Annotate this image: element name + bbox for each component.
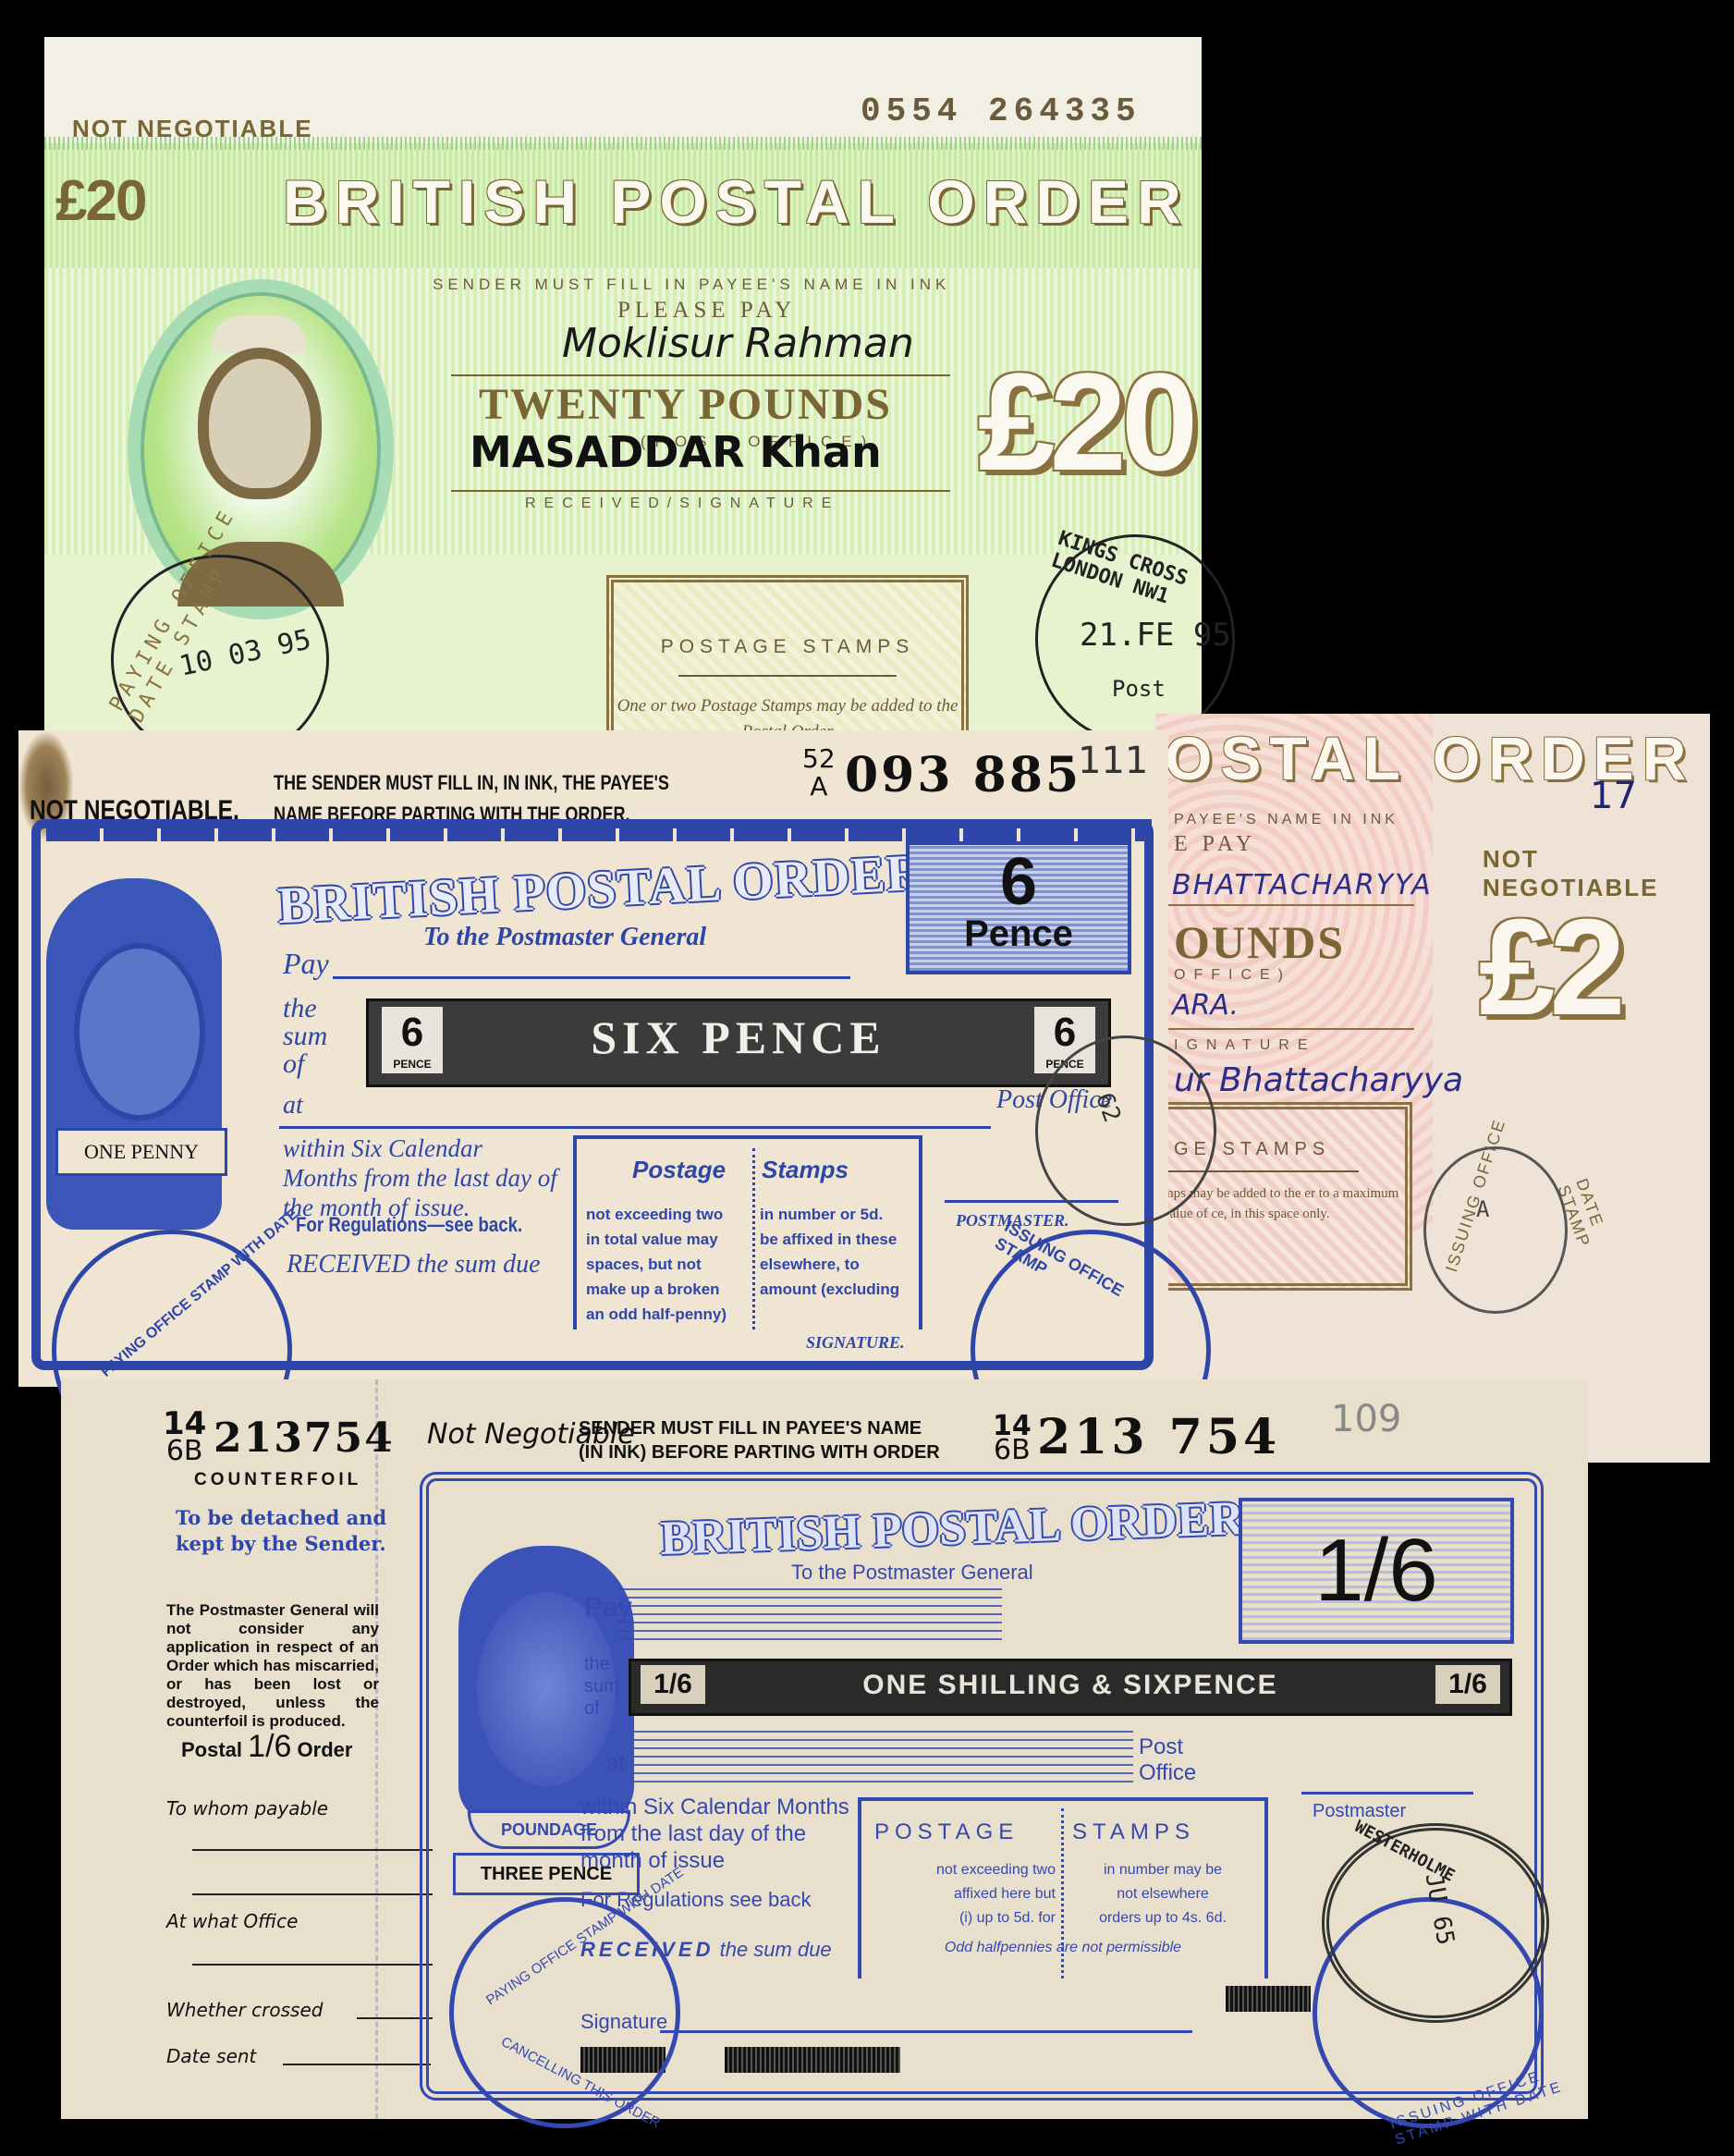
counterfoil-heading: COUNTERFOIL — [194, 1470, 361, 1490]
instruction-line: (IN INK) BEFORE PARTING WITH ORDER — [579, 1440, 940, 1464]
order-title: BRITISH POSTAL ORDER — [283, 166, 1190, 237]
amount-words: ONE SHILLING & SIXPENCE — [742, 1665, 1398, 1706]
amount-side-unit: PENCE — [382, 1059, 443, 1070]
office-line — [1155, 1028, 1414, 1030]
office-handwritten: ARA. — [1172, 989, 1239, 1022]
postage-line: an odd half-penny) — [586, 1302, 749, 1327]
value-large: £20 — [978, 342, 1192, 502]
at-post-office-partial: OFFICE) — [1174, 967, 1291, 984]
sum-label-word: the — [283, 995, 327, 1023]
postage-stamps-box: POSTAGE STAMPS not exceeding two affixed… — [858, 1797, 1268, 1978]
amount-side-value: 6 — [1054, 1010, 1076, 1055]
stamps-heading: Stamps — [762, 1156, 849, 1184]
amount-words-partial: OUNDS — [1174, 915, 1345, 969]
king-emblem — [46, 878, 222, 1230]
value-large: £2 — [1479, 889, 1620, 1047]
pay-wave-field[interactable] — [617, 1586, 1002, 1640]
instruction-line: SENDER MUST FILL IN PAYEE'S NAME — [579, 1416, 940, 1440]
postmark: 62 — [1035, 1035, 1216, 1226]
postmaster-line — [1301, 1792, 1473, 1795]
postage-line: (i) up to 5d. for — [867, 1906, 1056, 1930]
postage-line: not exceeding two — [867, 1858, 1056, 1882]
postage-line: orders up to 4s. 6d. — [1068, 1906, 1257, 1930]
postage-line: spaces, but not — [586, 1252, 749, 1277]
postage-line: be affixed in these — [760, 1227, 911, 1252]
received-signature-label: RECEIVED/SIGNATURE — [525, 496, 839, 512]
handwritten-note: 17 — [1590, 775, 1637, 817]
payee-handwritten: Moklisur Rahman — [562, 320, 914, 367]
serial-prefix-bottom: 6B — [166, 1435, 203, 1467]
field-line[interactable] — [192, 1964, 433, 1966]
received-handwritten: MASADDAR Khan — [470, 427, 882, 477]
postal-value-line: Postal 1/6 Order — [181, 1729, 352, 1765]
order-subtitle: To the Postmaster General — [791, 1561, 1033, 1585]
pay-line — [333, 976, 850, 979]
field-line[interactable] — [192, 1893, 433, 1895]
paying-office-stamp-circle — [449, 1897, 680, 2128]
postmark-code: A — [1476, 1195, 1489, 1223]
serial-prefix-bottom: A — [802, 773, 836, 801]
amount-side-left: 6PENCE — [382, 1007, 443, 1073]
postmark-date: 62 — [1090, 1089, 1126, 1126]
dotted-divider — [752, 1148, 755, 1329]
sum-label-word: of — [283, 1050, 327, 1078]
detach-note-line: kept by the Sender. — [176, 1531, 386, 1557]
postal-value: 1/6 — [248, 1729, 291, 1764]
postage-line: not exceeding two — [586, 1202, 749, 1227]
postmark-date: JU 65 — [1420, 1871, 1459, 1947]
postmark-westerholme: WESTERHOLME JU 65 — [1322, 1823, 1549, 2023]
stamps-heading: STAMPS — [1072, 1819, 1195, 1845]
postage-line: in number may be — [1068, 1858, 1257, 1882]
amount-bar: 1/6 ONE SHILLING & SIXPENCE 1/6 — [629, 1659, 1512, 1716]
please-pay-partial: E PAY — [1174, 832, 1256, 857]
detach-note-line: To be detached and — [176, 1505, 386, 1531]
sum-label-word: sum — [584, 1675, 619, 1697]
postage-line: make up a broken — [586, 1277, 749, 1302]
postage-heading: POSTAGE — [874, 1819, 1019, 1845]
postmark-kings-cross: KINGS CROSS LONDON NW1 21.FE 95 Post — [1035, 534, 1235, 743]
postage-line: amount (excluding — [760, 1277, 911, 1302]
value-box: 6 Pence — [906, 841, 1131, 974]
at-label: at — [606, 1751, 625, 1777]
security-block — [1226, 1986, 1311, 2012]
postmark-text: Post — [1112, 676, 1166, 702]
field-date-sent: Date sent — [166, 2045, 256, 2067]
field-at-what-office: At what Office — [166, 1910, 298, 1932]
amount-side-right: 1/6 — [1435, 1665, 1500, 1704]
portrait-head — [198, 348, 322, 499]
sender-instruction-partial: PAYEE'S NAME IN INK — [1174, 812, 1398, 828]
poundage-value: ONE PENNY — [55, 1128, 227, 1176]
value-number: 6 — [910, 851, 1128, 913]
sum-label: the sum of — [584, 1653, 619, 1720]
sum-label: the sum of — [283, 995, 327, 1078]
postage-col-left: not exceeding two affixed here but (i) u… — [867, 1858, 1056, 1930]
postage-line: affixed here but — [867, 1882, 1056, 1906]
post-office-word: Office — [1139, 1760, 1196, 1786]
field-whether-crossed: Whether crossed — [166, 1999, 323, 2021]
value-unit: Pence — [910, 913, 1128, 954]
postal-order-six-pence: NOT NEGOTIABLE. THE SENDER MUST FILL IN,… — [18, 730, 1168, 1387]
post-office-label: Post Office — [1139, 1734, 1196, 1786]
sum-label-word: sum — [283, 1023, 327, 1050]
field-line[interactable] — [192, 1849, 433, 1851]
postage-col-right: in number may be not elsewhere orders up… — [1068, 1858, 1257, 1930]
validity-text: within Six Calendar Months from the last… — [283, 1133, 560, 1222]
payee-line — [1155, 904, 1414, 906]
at-label: at — [283, 1091, 303, 1121]
sender-instruction: SENDER MUST FILL IN PAYEE'S NAME IN INK — [433, 276, 950, 294]
serial-prefix: 14 6B — [993, 1415, 1032, 1463]
postage-col-left: not exceeding two in total value may spa… — [586, 1202, 749, 1327]
sum-label-word: of — [584, 1697, 619, 1720]
postage-footer: Odd halfpennies are not permissible — [867, 1940, 1259, 1956]
received-rest: the sum due — [714, 1938, 831, 1961]
amount-words: SIX PENCE — [517, 1011, 960, 1064]
pmg-notice: The Postmaster General will not consider… — [166, 1601, 379, 1731]
detach-note: To be detached and kept by the Sender. — [176, 1505, 386, 1557]
received-text: RECEIVED the sum due — [287, 1250, 541, 1280]
instruction-line: THE SENDER MUST FILL IN, IN INK, THE PAY… — [274, 767, 669, 799]
serial-prefix-bottom: 6B — [993, 1439, 1032, 1463]
security-block — [725, 2047, 900, 2073]
serial-prefix-top: 52 — [802, 745, 836, 773]
payee-line — [451, 374, 950, 376]
sum-label-word: the — [584, 1653, 619, 1675]
pay-label: Pay — [283, 947, 329, 981]
regulations-text: For Regulations—see back. — [296, 1213, 522, 1237]
serial-prefix: 52 A — [802, 745, 836, 801]
signature-label: SIGNATURE. — [806, 1333, 905, 1353]
value-box: 1/6 — [1239, 1498, 1514, 1644]
postmark-office: KINGS CROSS LONDON NW1 — [1048, 527, 1235, 627]
postal-order-one-shilling-sixpence: 14 6B 213754 COUNTERFOIL To be detached … — [61, 1379, 1588, 2119]
amount-side-left: 1/6 — [641, 1665, 705, 1704]
sender-instruction: SENDER MUST FILL IN PAYEE'S NAME (IN INK… — [579, 1416, 940, 1464]
postal-suffix: Order — [298, 1738, 353, 1761]
validity-text: within Six Calendar Months from the last… — [580, 1794, 858, 1874]
field-to-whom-payable: To whom payable — [166, 1797, 328, 1819]
field-line[interactable] — [283, 2064, 431, 2065]
divider — [678, 675, 897, 677]
not-negotiable-label: NOT NEGOTIABLE — [72, 115, 313, 143]
postage-line: not elsewhere — [1068, 1882, 1257, 1906]
postage-heading: Postage — [632, 1156, 726, 1184]
payee-handwritten: BHATTACHARYYA — [1172, 869, 1433, 901]
postage-stamps-text: mps may be added to the er to a maximum … — [1163, 1183, 1405, 1224]
amount-words: TWENTY POUNDS — [479, 379, 892, 430]
signature-handwritten: ur Bhattacharyya — [1174, 1061, 1463, 1099]
serial-number: 213 754 — [1037, 1409, 1280, 1465]
postal-order-two-pounds: OSTAL ORDER PAYEE'S NAME IN INK E PAY BH… — [1155, 714, 1710, 1463]
counterfoil-serial-prefix: 14 6B — [163, 1411, 206, 1464]
postal-prefix: Postal — [181, 1738, 242, 1761]
postage-col-right: in number or 5d. be affixed in these els… — [760, 1202, 911, 1302]
postmark-date: 21.FE 95 — [1080, 617, 1231, 654]
postmark-issuing-office: A — [1423, 1146, 1568, 1314]
signature-label-partial: IGNATURE — [1174, 1037, 1315, 1054]
order-subtitle: To the Postmaster General — [423, 923, 706, 952]
postage-line: elsewhere, to — [760, 1252, 911, 1277]
signature-line[interactable] — [660, 2030, 1192, 2033]
value-corner: £20 — [55, 168, 145, 234]
king-portrait — [74, 943, 205, 1121]
postage-stamps-heading: POSTAGE STAMPS — [614, 636, 961, 658]
serial-number: 093 885 — [845, 747, 1081, 803]
post-office-word: Post — [1139, 1734, 1196, 1760]
handwritten-note: 111 — [1078, 740, 1148, 782]
amount-side-value: 6 — [401, 1010, 423, 1055]
postage-line: in total value may — [586, 1227, 749, 1252]
amount-bar: 6PENCE SIX PENCE 6PENCE — [366, 998, 1111, 1087]
counterfoil-serial: 213754 — [214, 1415, 395, 1462]
signature-line — [451, 490, 950, 492]
postage-stamps-box: Postage Stamps not exceeding two in tota… — [573, 1135, 922, 1329]
handwritten-note: 109 — [1331, 1398, 1401, 1440]
serial-number: 0554 264335 — [861, 92, 1142, 130]
at-wave-field[interactable] — [634, 1729, 1133, 1782]
at-line — [279, 1126, 991, 1129]
postage-line: in number or 5d. — [760, 1202, 911, 1227]
perforation — [375, 1379, 378, 2119]
